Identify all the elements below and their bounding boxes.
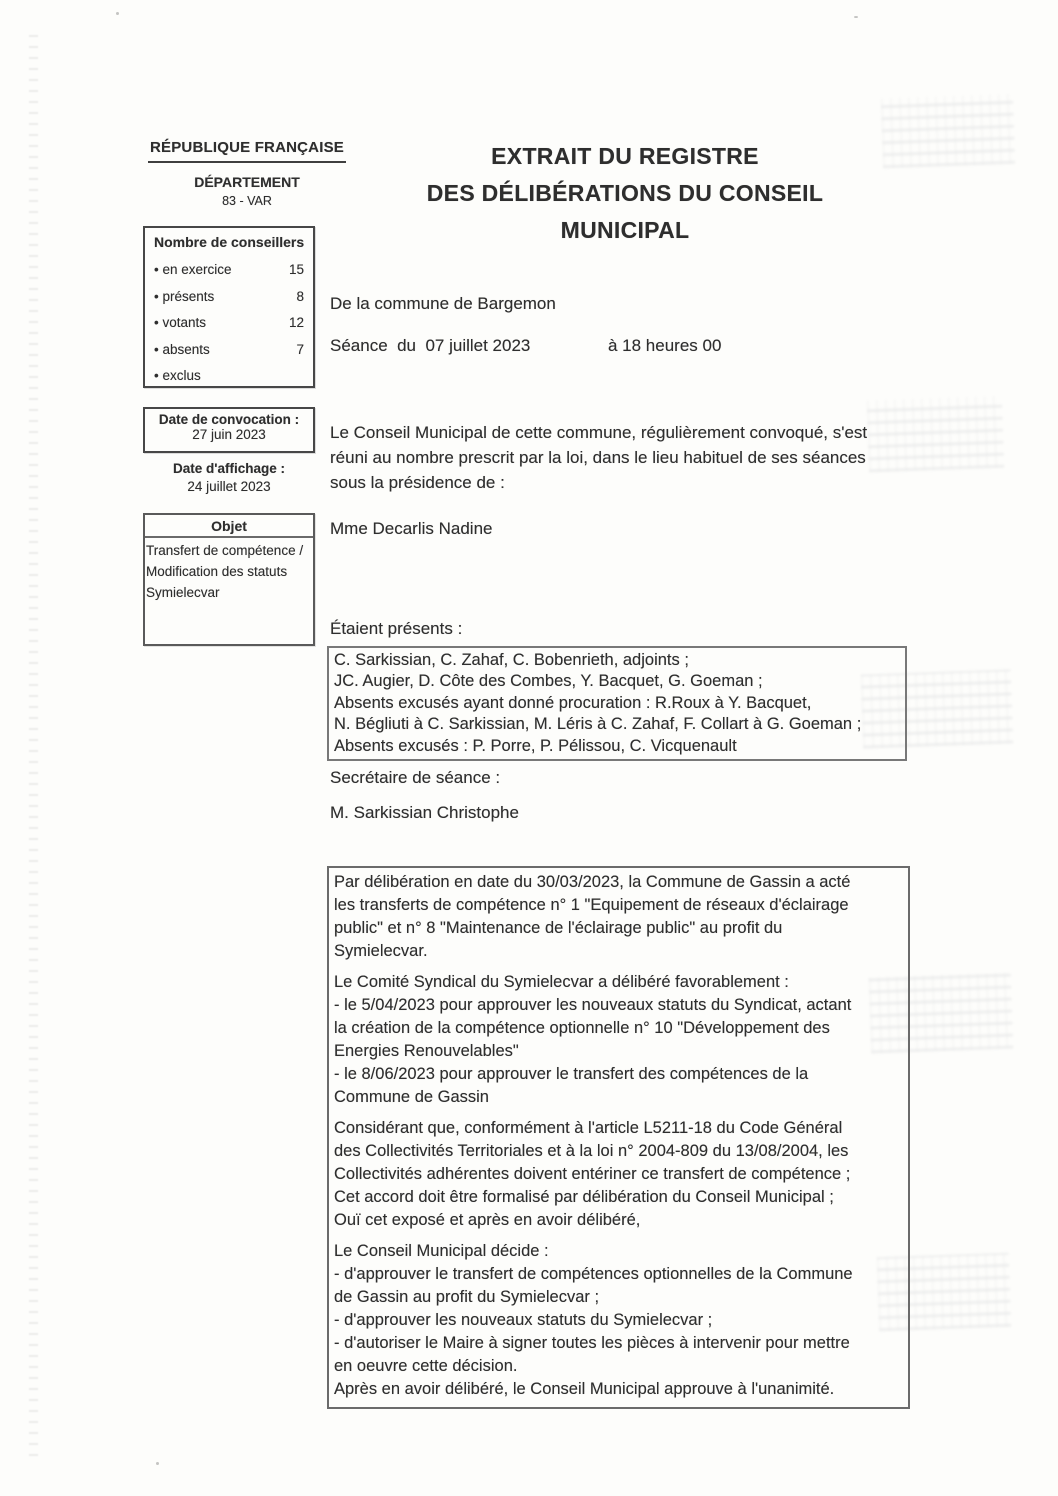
secretaire-name: M. Sarkissian Christophe xyxy=(330,803,519,823)
scan-speck xyxy=(854,16,858,18)
row-value: 15 xyxy=(289,257,304,284)
title-line-2: DES DÉLIBÉRATIONS DU CONSEIL xyxy=(360,175,890,212)
presents-line: Absents excusés : P. Porre, P. Pélissou,… xyxy=(334,736,900,757)
affichage-value: 24 juillet 2023 xyxy=(143,479,315,494)
convocation-label: Date de convocation : xyxy=(145,412,313,427)
scan-speck xyxy=(156,1462,159,1465)
intro-paragraph: Le Conseil Municipal de cette commune, r… xyxy=(330,420,915,495)
departement-label: DÉPARTEMENT xyxy=(148,174,346,190)
presents-label: Étaient présents : xyxy=(330,619,462,639)
row-label: présents xyxy=(154,284,214,311)
conseillers-row-absents: absents 7 xyxy=(154,337,304,364)
row-label: votants xyxy=(154,310,206,337)
presents-line: N. Bégliuti à C. Sarkissian, M. Léris à … xyxy=(334,714,900,735)
convocation-date-box: Date de convocation : 27 juin 2023 xyxy=(143,407,315,453)
deliberation-paragraph-1: Par délibération en date du 30/03/2023, … xyxy=(334,871,903,963)
objet-box: Objet Transfert de compétence / Modifica… xyxy=(143,513,315,646)
conseillers-box-title: Nombre de conseillers xyxy=(154,234,304,250)
conseillers-row-presents: présents 8 xyxy=(154,284,304,311)
presents-line: JC. Augier, D. Côte des Combes, Y. Bacqu… xyxy=(334,671,900,692)
objet-line: Modification des statuts xyxy=(146,561,313,582)
conseillers-count-box: Nombre de conseillers en exercice 15 pré… xyxy=(143,226,315,388)
deliberation-paragraph-4: Le Conseil Municipal décide : - d'approu… xyxy=(334,1240,903,1401)
conseillers-row-en-exercice: en exercice 15 xyxy=(154,257,304,284)
commune-line: De la commune de Bargemon xyxy=(330,294,556,314)
objet-line: Transfert de compétence / xyxy=(146,540,313,561)
seance-heure: à 18 heures 00 xyxy=(608,336,721,356)
row-value: 8 xyxy=(296,284,304,311)
deliberation-paragraph-2: Le Comité Syndical du Symielecvar a déli… xyxy=(334,971,903,1109)
presents-line: C. Sarkissian, C. Zahaf, C. Bobenrieth, … xyxy=(334,650,900,671)
document-title: EXTRAIT DU REGISTRE DES DÉLIBÉRATIONS DU… xyxy=(360,138,890,249)
title-line-3: MUNICIPAL xyxy=(360,212,890,249)
bleed-through-stamp xyxy=(881,94,1015,169)
scan-speck xyxy=(116,12,119,15)
scan-edge-noise xyxy=(29,35,38,1465)
deliberation-paragraph-3: Considérant que, conformément à l'articl… xyxy=(334,1117,903,1232)
presidente-name: Mme Decarlis Nadine xyxy=(330,519,493,539)
scanned-document-page: RÉPUBLIQUE FRANÇAISE DÉPARTEMENT 83 - VA… xyxy=(0,0,1058,1496)
presents-box: C. Sarkissian, C. Zahaf, C. Bobenrieth, … xyxy=(327,646,907,761)
row-label: en exercice xyxy=(154,257,232,284)
deliberation-text-box: Par délibération en date du 30/03/2023, … xyxy=(327,866,910,1409)
convocation-value: 27 juin 2023 xyxy=(145,427,313,442)
conseillers-row-votants: votants 12 xyxy=(154,310,304,337)
row-label: exclus xyxy=(154,363,201,390)
affichage-label: Date d'affichage : xyxy=(143,461,315,476)
republique-heading: RÉPUBLIQUE FRANÇAISE xyxy=(148,139,346,163)
title-line-1: EXTRAIT DU REGISTRE xyxy=(360,138,890,175)
departement-value: 83 - VAR xyxy=(148,194,346,208)
affichage-date-block: Date d'affichage : 24 juillet 2023 xyxy=(143,461,315,494)
conseillers-row-exclus: exclus xyxy=(154,363,304,390)
objet-title: Objet xyxy=(145,515,313,538)
objet-lines: Transfert de compétence / Modification d… xyxy=(145,538,313,603)
presents-line: Absents excusés ayant donné procuration … xyxy=(334,693,900,714)
seance-date: Séance du 07 juillet 2023 xyxy=(330,336,530,356)
row-value: 7 xyxy=(296,337,304,364)
seance-row: Séance du 07 juillet 2023 à 18 heures 00 xyxy=(330,336,910,358)
row-label: absents xyxy=(154,337,210,364)
row-value: 12 xyxy=(289,310,304,337)
objet-line: Symielecvar xyxy=(146,582,313,603)
secretaire-label: Secrétaire de séance : xyxy=(330,768,500,788)
